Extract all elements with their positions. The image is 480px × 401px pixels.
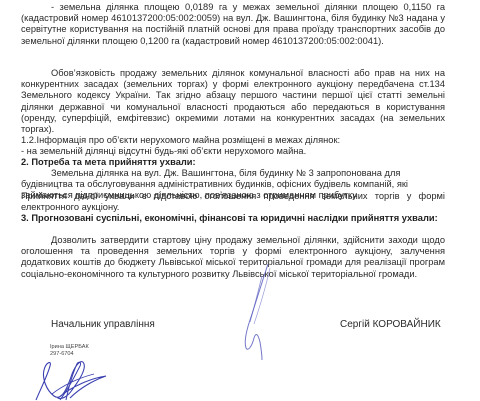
section2-heading: 2. Потреба та мета прийняття ухвали:	[21, 157, 445, 168]
paragraph-easement: - земельна ділянка площею 0,0189 га у ме…	[21, 2, 445, 47]
document-page: - земельна ділянка площею 0,0189 га у ме…	[0, 0, 480, 401]
section3-heading: 3. Прогнозовані суспільні, економічні, ф…	[21, 213, 445, 224]
paragraph-no-property: - на земельній ділянці відсутні будь-які…	[21, 146, 445, 157]
signatory-title: Начальник управління	[51, 319, 155, 330]
executor-signature-icon	[32, 356, 112, 401]
paragraph-legal-basis: Обов’язковість продажу земельних ділянок…	[21, 68, 445, 135]
section2-paragraph-basis: Прийняття даної ухвали є підставою оголо…	[21, 191, 445, 213]
paragraph-property-info: 1.2.Інформація про об’єкти нерухомого ма…	[21, 135, 445, 146]
signatory-name: Сергій КОРОВАЙНИК	[340, 319, 441, 330]
executor-name: Ірина ЩЕРБАК	[50, 344, 89, 351]
head-signature-icon	[232, 262, 282, 362]
